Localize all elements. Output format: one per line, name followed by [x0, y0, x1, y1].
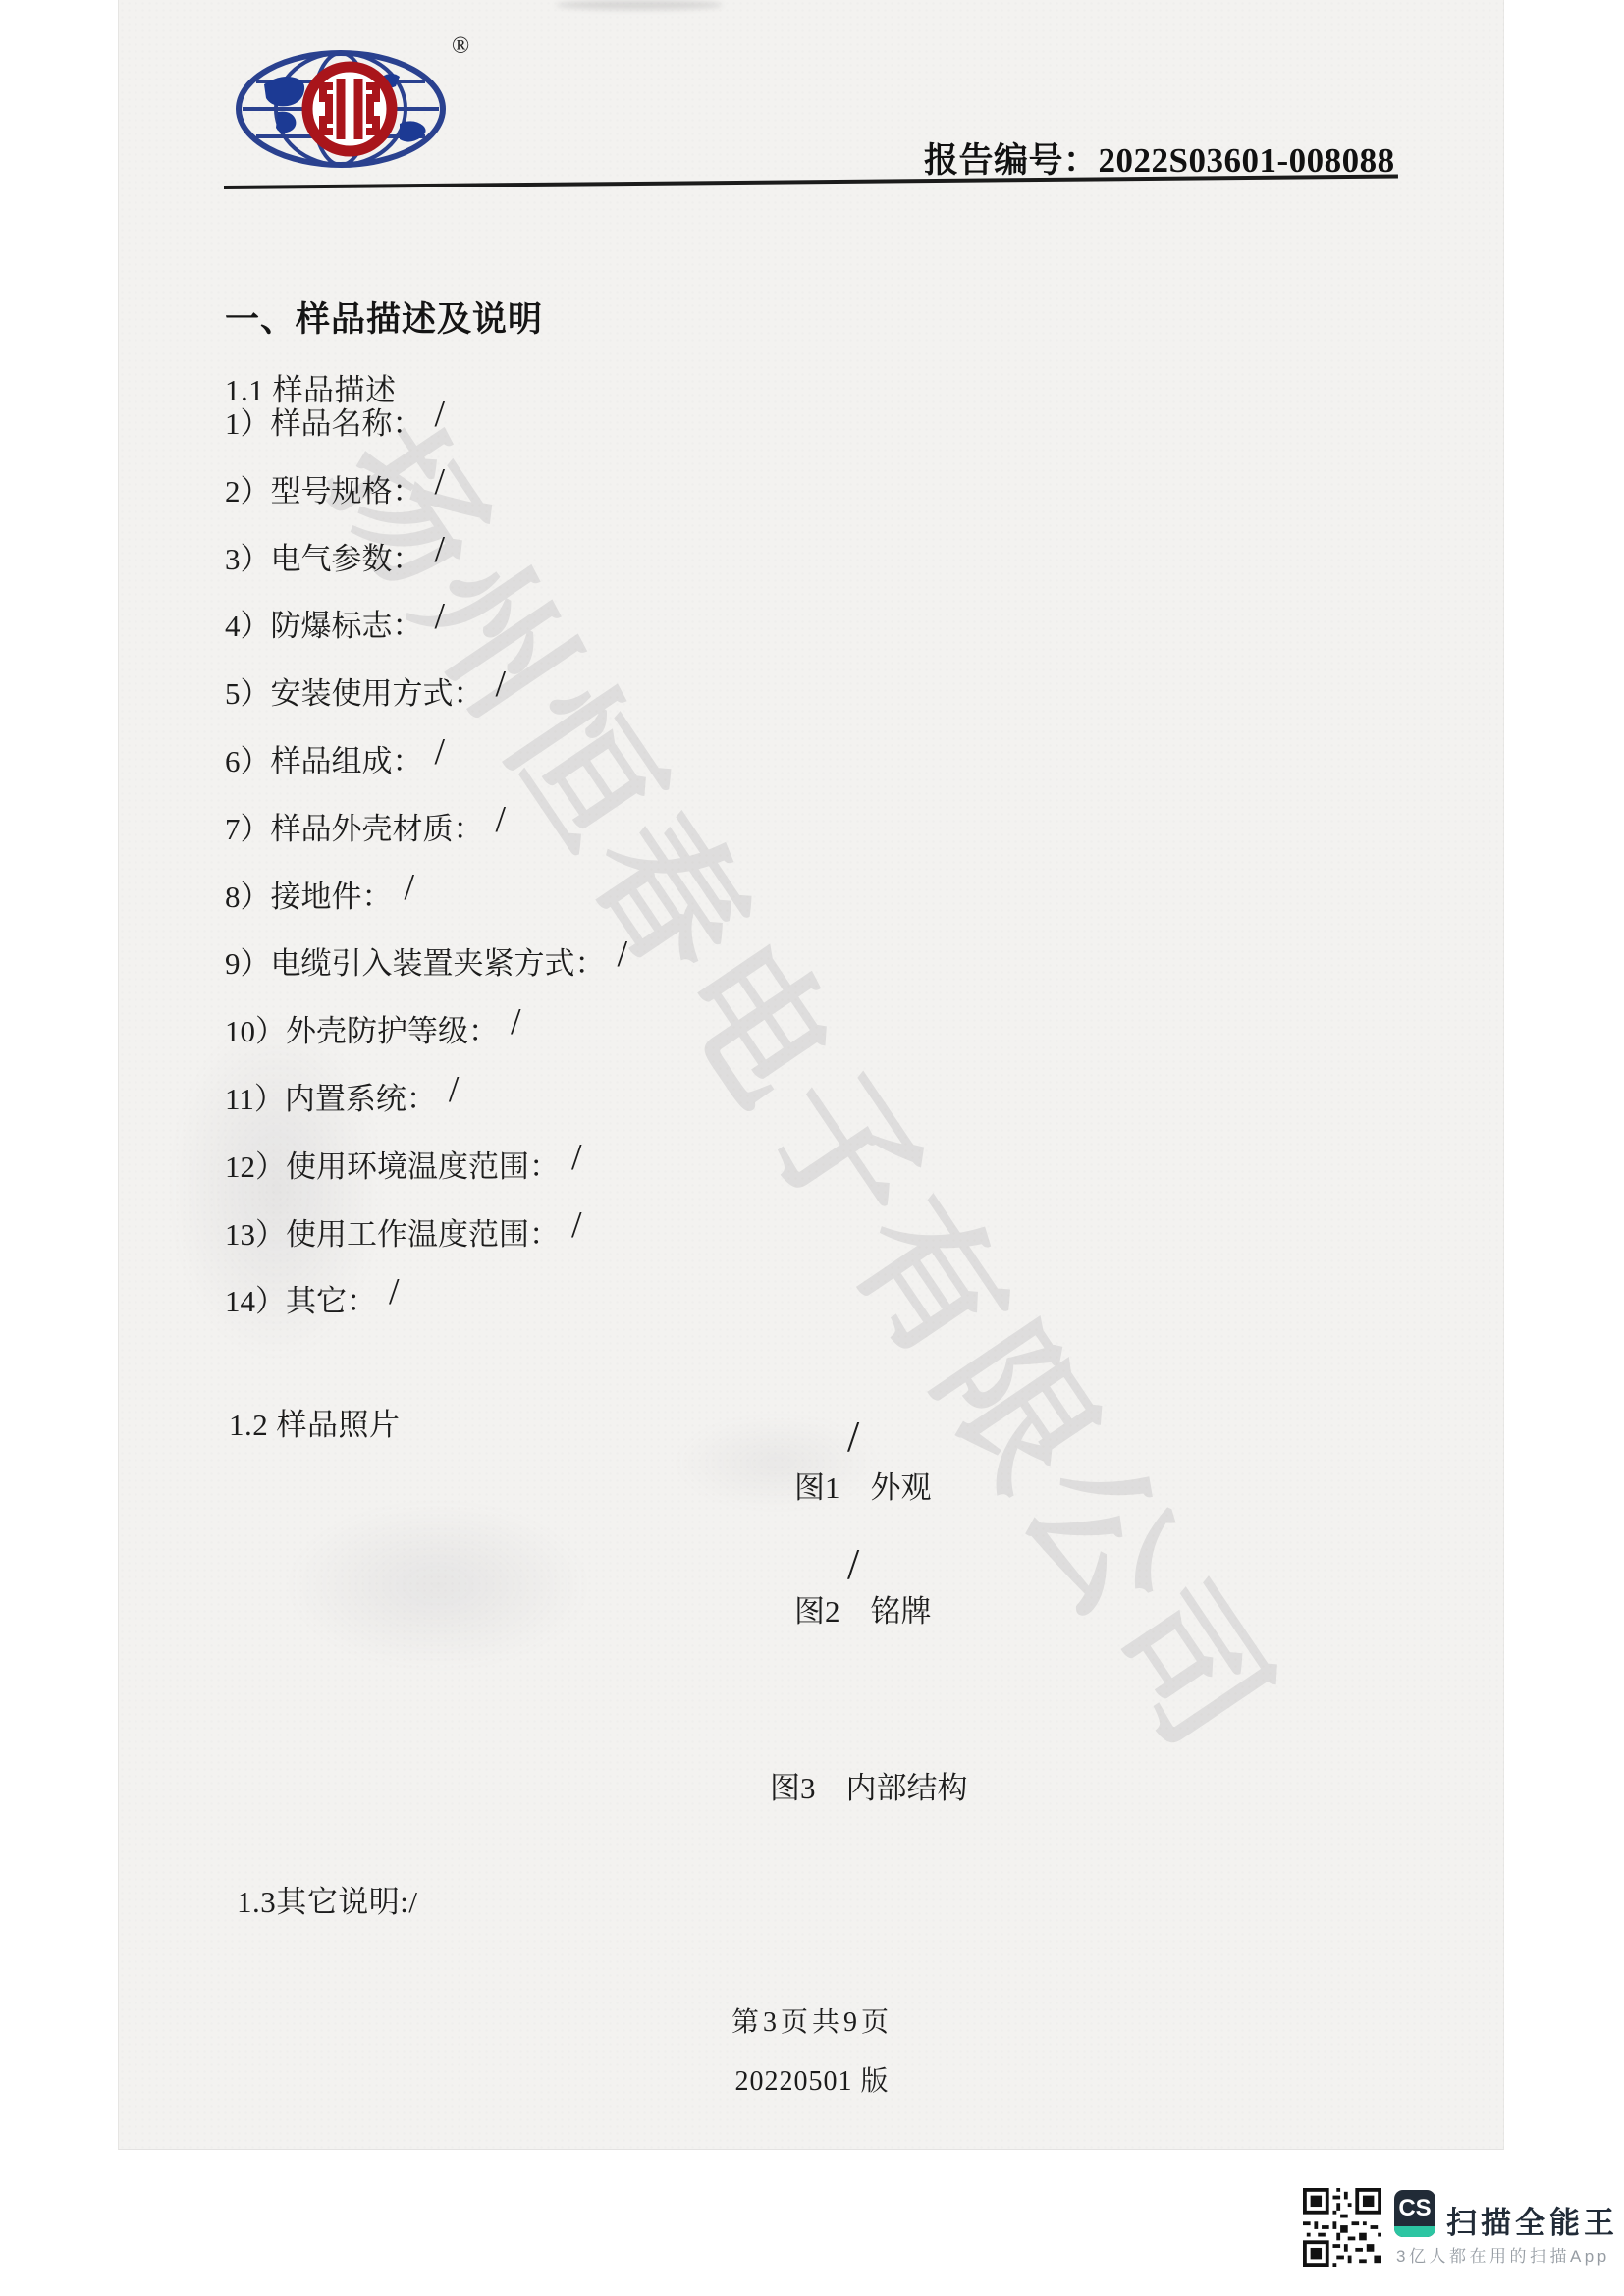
figure1-placeholder-slash: /	[847, 1412, 859, 1462]
certification-globe-logo	[235, 47, 451, 171]
list-item: 8）接地件：/	[225, 864, 627, 932]
scan-artifact	[227, 1468, 649, 1703]
list-item: 14）其它：/	[225, 1268, 627, 1336]
continent-shape	[276, 112, 296, 133]
continent-shape	[264, 77, 304, 106]
subsection-1-3-title: 1.3其它说明:/	[237, 1877, 417, 1921]
item-label: 11）内置系统：	[225, 1082, 437, 1116]
camscanner-tagline: 3亿人都在用的扫描App	[1396, 2242, 1610, 2267]
subsection-1-2-title: 1.2 样品照片	[229, 1400, 401, 1444]
item-label: 7）样品外壳材质：	[225, 812, 484, 846]
registered-trademark-symbol: ®	[452, 33, 469, 60]
figure2-caption: 图2 铭牌	[794, 1586, 932, 1630]
list-item: 13）使用工作温度范围：/	[225, 1201, 627, 1269]
camscanner-logo-teal-strip	[1394, 2226, 1435, 2237]
item-label: 4）防爆标志：	[225, 609, 423, 643]
item-label: 3）电气参数：	[225, 542, 423, 576]
figure3-caption: 图3 内部结构	[770, 1763, 968, 1807]
list-item: 4）防爆标志：/	[225, 593, 627, 661]
continent-shape	[400, 121, 426, 141]
item-label: 10）外壳防护等级：	[225, 1014, 499, 1048]
scan-artifact	[556, 0, 723, 10]
list-item: 1）样品名称：/	[225, 391, 627, 458]
list-item: 10）外壳防护等级：/	[225, 998, 627, 1066]
list-item: 3）电气参数：/	[225, 526, 627, 594]
section-title: 一、样品描述及说明	[225, 293, 543, 342]
screenshot-root: { "header": { "registered_mark": "®", "r…	[0, 0, 1624, 2296]
figure1-caption: 图1 外观	[794, 1463, 932, 1507]
scanned-page: 扬州恒春电子有限公司 ® 报告编号：2022S03601-008088 一、样品…	[118, 0, 1504, 2150]
version-number: 20220501 版	[119, 2059, 1505, 2099]
sample-description-list: 1）样品名称：/ 2）型号规格：/ 3）电气参数：/ 4）防爆标志：/ 5）安装…	[225, 391, 627, 1336]
item-label: 9）电缆引入装置夹紧方式：	[225, 946, 606, 981]
list-item: 9）电缆引入装置夹紧方式：/	[225, 931, 627, 998]
item-label: 2）型号规格：	[225, 474, 423, 508]
camscanner-logo: CS	[1394, 2190, 1435, 2237]
figure2-placeholder-slash: /	[847, 1539, 859, 1589]
item-label: 5）安装使用方式：	[225, 676, 484, 711]
list-item: 6）样品组成：/	[225, 728, 627, 796]
list-item: 12）使用环境温度范围：/	[225, 1134, 627, 1201]
list-item: 7）样品外壳材质：/	[225, 796, 627, 864]
camscanner-logo-initials: CS	[1394, 2190, 1435, 2227]
item-label: 12）使用环境温度范围：	[225, 1149, 560, 1184]
camscanner-app-name: 扫描全能王	[1446, 2198, 1618, 2242]
item-label: 6）样品组成：	[225, 744, 423, 778]
list-item: 11）内置系统：/	[225, 1066, 627, 1134]
item-label: 14）其它：	[225, 1284, 377, 1318]
page-number: 第3页共9页	[119, 2001, 1505, 2040]
list-item: 5）安装使用方式：/	[225, 661, 627, 728]
list-item: 2）型号规格：/	[225, 458, 627, 526]
item-label: 13）使用工作温度范围：	[225, 1217, 560, 1252]
item-label: 8）接地件：	[225, 880, 393, 914]
item-label: 1）样品名称：	[225, 406, 423, 441]
qr-code	[1303, 2187, 1381, 2268]
